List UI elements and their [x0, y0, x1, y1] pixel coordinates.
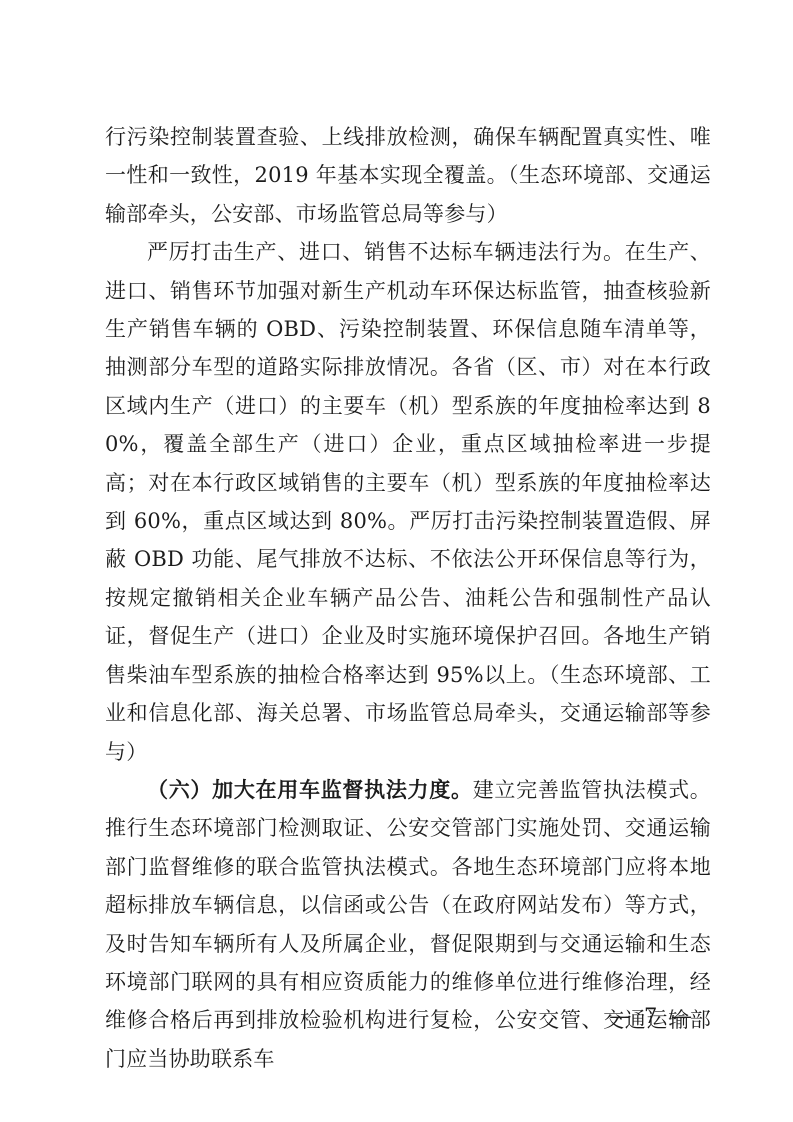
section-heading: （六）加大在用车监督执法力度。 [147, 777, 473, 802]
document-page: 行污染控制装置查验、上线排放检测，确保车辆配置真实性、唯一性和一致性，2019 … [0, 0, 793, 1122]
page-number: — 7 — [609, 997, 692, 1035]
paragraph: 严厉打击生产、进口、销售不达标车辆违法行为。在生产、进口、销售环节加强对新生产机… [105, 233, 711, 771]
body-text: 严厉打击生产、进口、销售不达标车辆违法行为。在生产、进口、销售环节加强对新生产机… [105, 240, 711, 763]
document-body: 行污染控制装置查验、上线排放检测，确保车辆配置真实性、唯一性和一致性，2019 … [105, 118, 711, 1078]
body-text: 行污染控制装置查验、上线排放检测，确保车辆配置真实性、唯一性和一致性，2019 … [105, 125, 711, 226]
paragraph: 行污染控制装置查验、上线排放检测，确保车辆配置真实性、唯一性和一致性，2019 … [105, 118, 711, 233]
